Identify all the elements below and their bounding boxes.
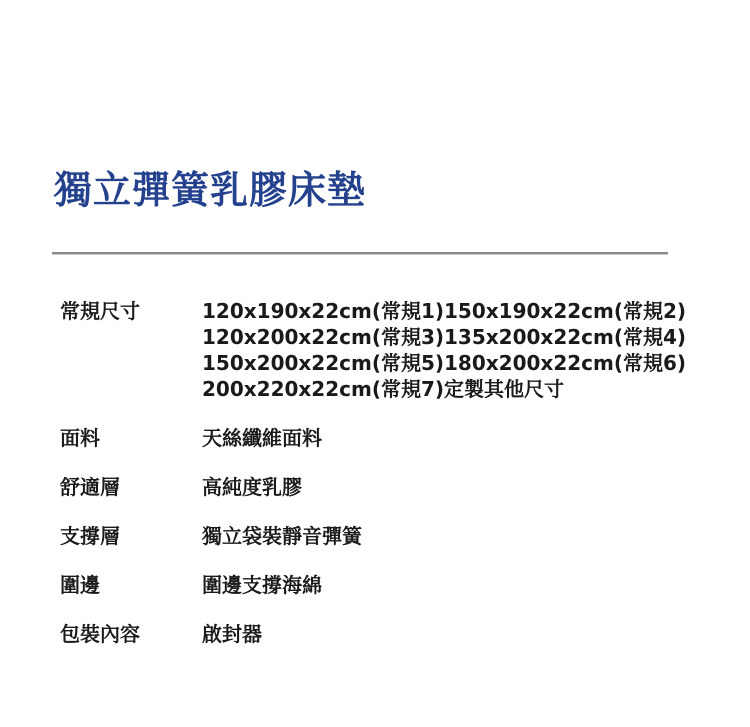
size-option-line: 120x200x22cm(常規3)135x200x22cm(常規4): [202, 324, 686, 350]
spec-value-text: 高純度乳膠: [202, 474, 302, 500]
spec-value-sizes: 120x190x22cm(常規1)150x190x22cm(常規2) 120x2…: [202, 298, 686, 402]
spec-value-package-contents: 啟封器: [202, 621, 262, 647]
title-divider: [52, 252, 668, 254]
spec-label-edge: 圍邊: [60, 572, 202, 598]
spec-row-package-contents: 包裝內容 啟封器: [60, 621, 750, 647]
spec-row-fabric: 面料 天絲纖維面料: [60, 425, 750, 451]
spec-value-text: 獨立袋裝靜音彈簧: [202, 523, 362, 549]
size-option-line: 120x190x22cm(常規1)150x190x22cm(常規2): [202, 298, 686, 324]
spec-row-sizes: 常規尺寸 120x190x22cm(常規1)150x190x22cm(常規2) …: [60, 298, 750, 402]
spec-label-fabric: 面料: [60, 425, 202, 451]
product-spec-page: 獨立彈簧乳膠床墊 常規尺寸 120x190x22cm(常規1)150x190x2…: [0, 0, 750, 727]
page-title: 獨立彈簧乳膠床墊: [0, 0, 750, 212]
spec-value-edge: 圍邊支撐海綿: [202, 572, 322, 598]
spec-value-text: 啟封器: [202, 621, 262, 647]
spec-label-package-contents: 包裝內容: [60, 621, 202, 647]
spec-row-comfort-layer: 舒適層 高純度乳膠: [60, 474, 750, 500]
spec-value-text: 天絲纖維面料: [202, 425, 322, 451]
spec-value-text: 圍邊支撐海綿: [202, 572, 322, 598]
spec-label-comfort-layer: 舒適層: [60, 474, 202, 500]
spec-value-comfort-layer: 高純度乳膠: [202, 474, 302, 500]
spec-row-support-layer: 支撐層 獨立袋裝靜音彈簧: [60, 523, 750, 549]
spec-value-fabric: 天絲纖維面料: [202, 425, 322, 451]
size-option-line: 150x200x22cm(常規5)180x200x22cm(常規6): [202, 350, 686, 376]
size-option-line: 200x220x22cm(常規7)定製其他尺寸: [202, 376, 686, 402]
spec-label-sizes: 常規尺寸: [60, 298, 202, 324]
spec-label-support-layer: 支撐層: [60, 523, 202, 549]
spec-value-support-layer: 獨立袋裝靜音彈簧: [202, 523, 362, 549]
spec-row-edge: 圍邊 圍邊支撐海綿: [60, 572, 750, 598]
spec-table: 常規尺寸 120x190x22cm(常規1)150x190x22cm(常規2) …: [60, 298, 750, 647]
